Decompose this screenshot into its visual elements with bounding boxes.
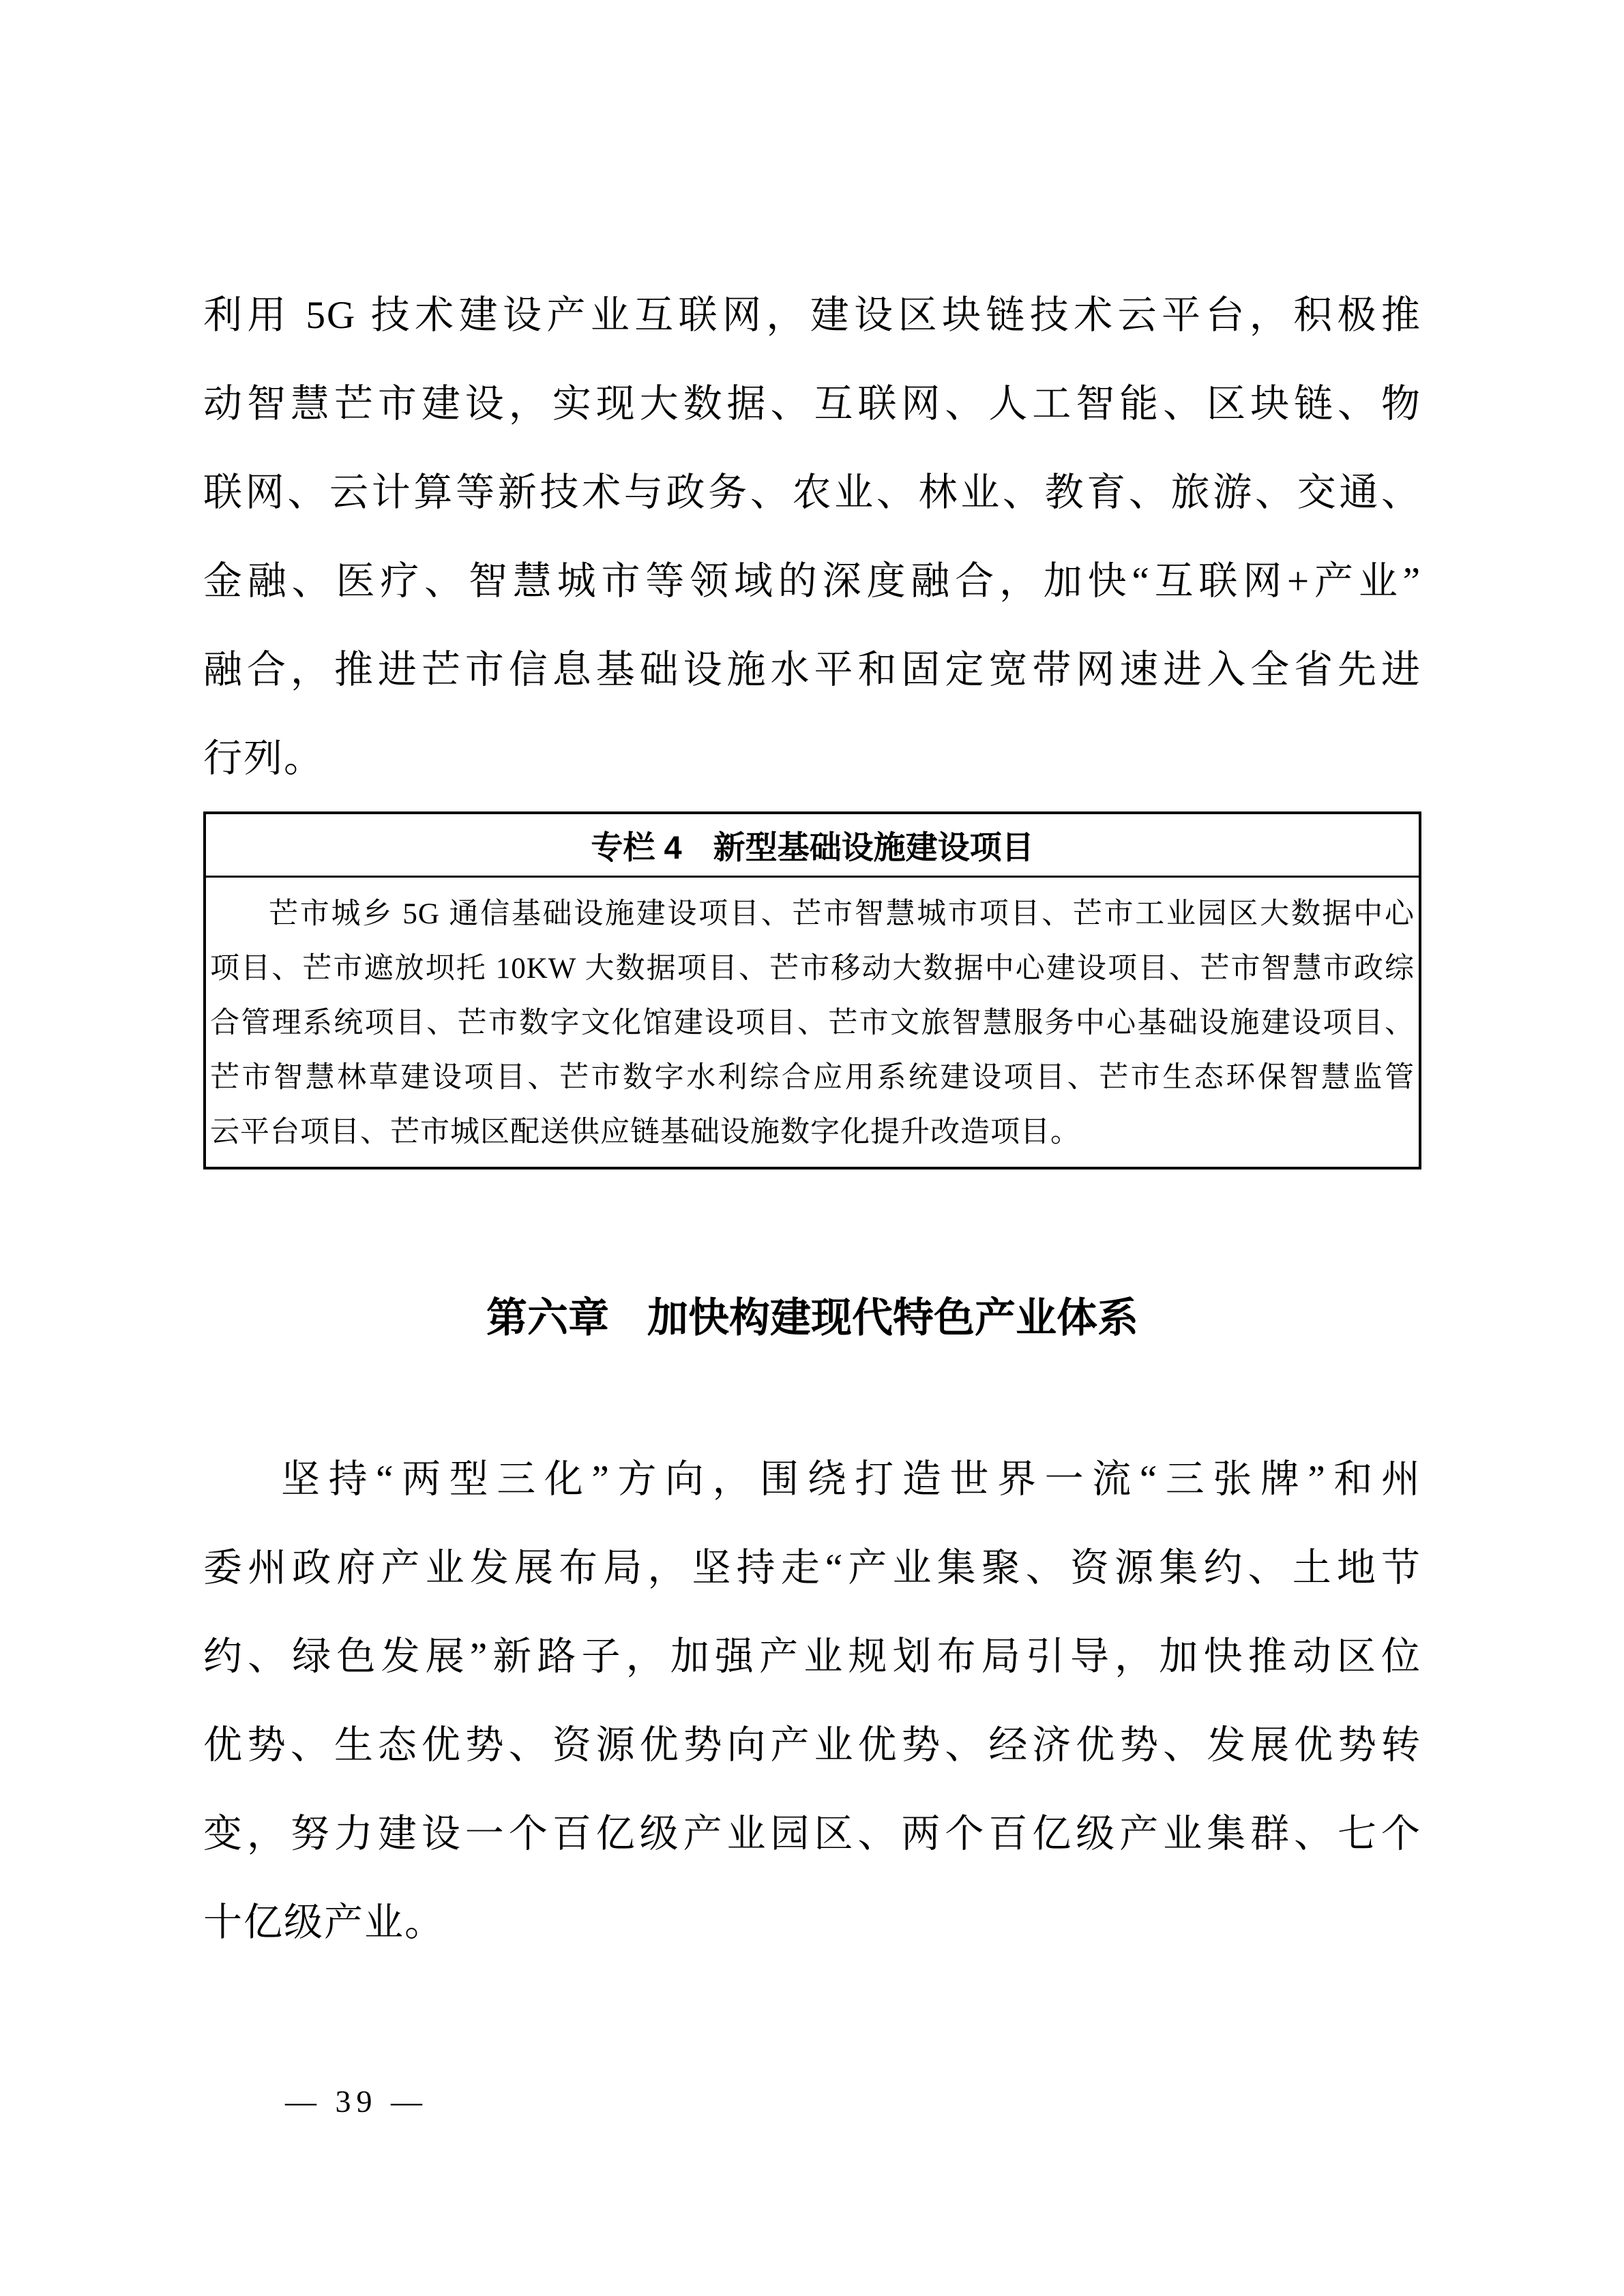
paragraph-line: 利用 5G 技术建设产业互联网，建设区块链技术云平台，积极推 [203, 271, 1421, 360]
paragraph-line: 优势、生态优势、资源优势向产业优势、经济优势、发展优势转 [203, 1701, 1421, 1790]
box-line: 云平台项目、芒市城区配送供应链基础设施数字化提升改造项目。 [210, 1105, 1415, 1160]
paragraph-line: 坚持“两型三化”方向，围绕打造世界一流“三张牌”和州 [203, 1435, 1421, 1524]
box-line: 芒市智慧林草建设项目、芒市数字水利综合应用系统建设项目、芒市生态环保智慧监管 [210, 1051, 1415, 1105]
body-paragraph-2: 坚持“两型三化”方向，围绕打造世界一流“三张牌”和州 委州政府产业发展布局，坚持… [203, 1435, 1421, 1967]
box-line: 项目、芒市遮放坝托 10KW 大数据项目、芒市移动大数据中心建设项目、芒市智慧市… [210, 942, 1415, 996]
paragraph-line: 变，努力建设一个百亿级产业园区、两个百亿级产业集群、七个 [203, 1790, 1421, 1879]
box-line: 合管理系统项目、芒市数字文化馆建设项目、芒市文旅智慧服务中心基础设施建设项目、 [210, 996, 1415, 1051]
paragraph-line: 联网、云计算等新技术与政务、农业、林业、教育、旅游、交通、 [203, 449, 1421, 537]
paragraph-line: 约、绿色发展”新路子，加强产业规划布局引导，加快推动区位 [203, 1613, 1421, 1701]
chapter-number: 第六章 [486, 1295, 609, 1341]
chapter-title: 加快构建现代特色产业体系 [647, 1295, 1138, 1341]
paragraph-line: 动智慧芒市建设，实现大数据、互联网、人工智能、区块链、物 [203, 360, 1421, 449]
feature-box-header: 专栏 4 新型基础设施建设项目 [206, 814, 1419, 878]
feature-box-title: 新型基础设施建设项目 [713, 822, 1034, 868]
page-number: — 39 — [285, 2084, 428, 2119]
feature-box-label: 专栏 4 [591, 822, 681, 868]
body-paragraph-1: 利用 5G 技术建设产业互联网，建设区块链技术云平台，积极推 动智慧芒市建设，实… [203, 271, 1421, 803]
paragraph-line: 行列。 [203, 715, 1421, 803]
feature-box-body: 芒市城乡 5G 通信基础设施建设项目、芒市智慧城市项目、芒市工业园区大数据中心 … [206, 878, 1419, 1167]
feature-box-column4: 专栏 4 新型基础设施建设项目 芒市城乡 5G 通信基础设施建设项目、芒市智慧城… [203, 811, 1421, 1169]
chapter-heading: 第六章加快构建现代特色产业体系 [203, 1287, 1421, 1349]
document-page: 利用 5G 技术建设产业互联网，建设区块链技术云平台，积极推 动智慧芒市建设，实… [0, 0, 1624, 2296]
paragraph-line: 融合，推进芒市信息基础设施水平和固定宽带网速进入全省先进 [203, 626, 1421, 715]
box-line: 芒市城乡 5G 通信基础设施建设项目、芒市智慧城市项目、芒市工业园区大数据中心 [210, 887, 1415, 942]
paragraph-line: 委州政府产业发展布局，坚持走“产业集聚、资源集约、土地节 [203, 1524, 1421, 1613]
paragraph-line: 金融、医疗、智慧城市等领域的深度融合，加快“互联网+产业” [203, 537, 1421, 626]
paragraph-line: 十亿级产业。 [203, 1879, 1421, 1967]
